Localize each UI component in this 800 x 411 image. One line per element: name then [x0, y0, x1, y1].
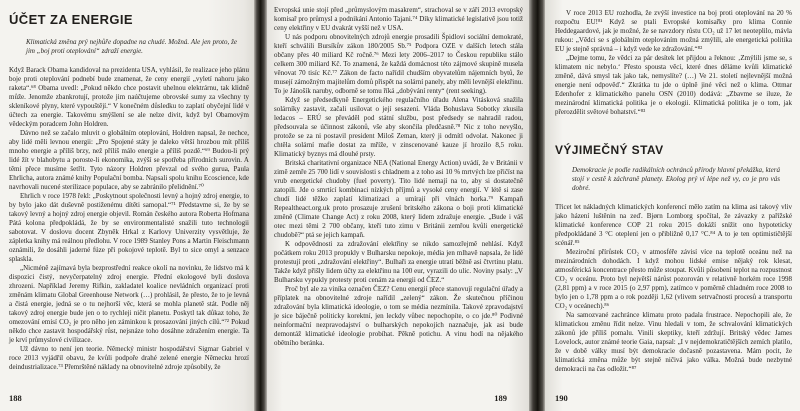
- page-number-189: 189: [274, 393, 523, 406]
- paragraph: Dávno než se začalo mluvit o globálním o…: [9, 129, 249, 192]
- paragraph: Když Barack Obama kandidoval na preziden…: [9, 66, 249, 129]
- paragraph: Meziroční přírůstek CO₂ v atmosféře závi…: [555, 248, 792, 311]
- section-break: [555, 117, 792, 143]
- chapter-intro: Klimatická změna prý nejhůře dopadne na …: [9, 38, 249, 56]
- paragraph: Už dávno to není jen teorie. Německý min…: [9, 345, 249, 372]
- paragraph: K odpovědnosti za zdražování elektřiny s…: [274, 240, 523, 285]
- page-188: ÚČET ZA ENERGIE Klimatická změna prý nej…: [0, 0, 254, 411]
- page-190-top-paragraphs: V roce 2013 EU rozhodla, že zvýší invest…: [555, 9, 792, 117]
- page-number-188: 188: [9, 393, 249, 406]
- page-190-bottom-paragraphs: Třicet let nákladných klimatických konfe…: [555, 203, 792, 374]
- page-number-190: 190: [555, 393, 792, 406]
- paragraph: „Dejme tomu, že vědci za pár desítek let…: [555, 54, 792, 117]
- paragraph: „Nicméně zajímavá byla bezprostřední rea…: [9, 264, 249, 345]
- paragraph: Proč byl ale za viníka označen ČEZ? Cenu…: [274, 285, 523, 348]
- chapter-intro: Demokracie je podle radikálních ochránců…: [555, 166, 792, 193]
- paragraph: Evropská unie stojí před „průmyslovým ma…: [274, 6, 523, 33]
- page-189-paragraphs: Evropská unie stojí před „průmyslovým ma…: [274, 6, 523, 348]
- paragraph: Ehrlich v roce 1978 řekl: „Poskytnout sp…: [9, 192, 249, 264]
- page-188-paragraphs: Když Barack Obama kandidoval na preziden…: [9, 66, 249, 372]
- paragraph: Britská charitativní organizace NEA (Nat…: [274, 159, 523, 240]
- paragraph: Na samozvané zachránce klimatu proto pad…: [555, 311, 792, 374]
- paragraph: V roce 2013 EU rozhodla, že zvýší invest…: [555, 9, 792, 54]
- page-189: Evropská unie stojí před „průmyslovým ma…: [267, 0, 529, 411]
- paragraph: U nás podporu obnovitelných zdrojů energ…: [274, 33, 523, 96]
- chapter-heading-ucet-za-energie: ÚČET ZA ENERGIE: [9, 12, 249, 27]
- paragraph: Třicet let nákladných klimatických konfe…: [555, 203, 792, 248]
- book-spread-scan: ÚČET ZA ENERGIE Klimatická změna prý nej…: [0, 0, 800, 411]
- page-gutter-shadow: [254, 0, 267, 411]
- page-edge-shadow: [529, 0, 545, 411]
- page-190: V roce 2013 EU rozhodla, že zvýší invest…: [545, 0, 800, 411]
- paragraph: Když se předsedkyně Energetického regula…: [274, 96, 523, 159]
- chapter-heading-vyjimecny-stav: VÝJIMEČNÝ STAV: [555, 143, 792, 157]
